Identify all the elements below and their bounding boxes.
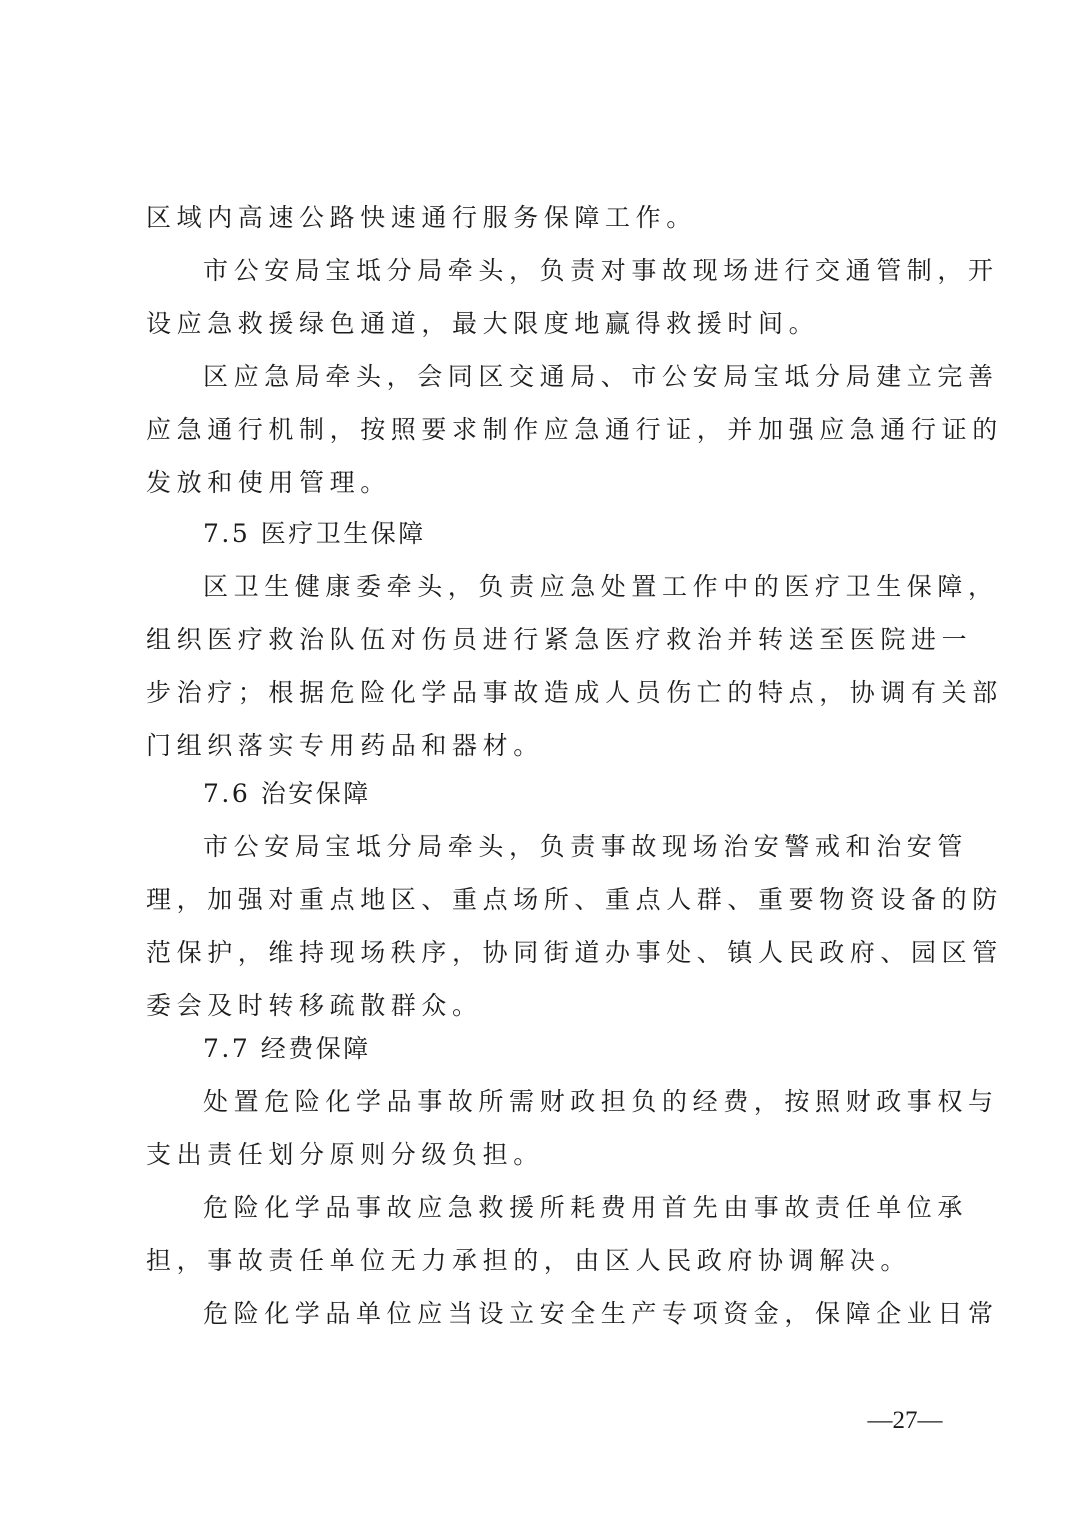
section-heading-7-6: 7.6 治安保障 bbox=[203, 774, 1003, 814]
document-page: 区域内高速公路快速通行服务保障工作。 市公安局宝坻分局牵头，负责对事故现场进行交… bbox=[0, 0, 1074, 1520]
paragraph-first-line: 区应急局牵头，会同区交通局、市公安局宝坻分局建立完善 bbox=[203, 357, 1003, 397]
paragraph-first-line: 处置危险化学品事故所需财政担负的经费，按照财政事权与 bbox=[203, 1082, 1003, 1122]
text-line: 步治疗；根据危险化学品事故造成人员伤亡的特点，协调有关部 bbox=[146, 673, 946, 713]
text-line: 范保护，维持现场秩序，协同街道办事处、镇人民政府、园区管 bbox=[146, 933, 946, 973]
text-line: 区域内高速公路快速通行服务保障工作。 bbox=[146, 198, 946, 238]
text-line: 应急通行机制，按照要求制作应急通行证，并加强应急通行证的 bbox=[146, 410, 946, 450]
section-heading-7-7: 7.7 经费保障 bbox=[203, 1029, 1003, 1069]
text-line: 设应急救援绿色通道，最大限度地赢得救援时间。 bbox=[146, 304, 946, 344]
paragraph-first-line: 危险化学品单位应当设立安全生产专项资金，保障企业日常 bbox=[203, 1294, 1003, 1334]
text-line: 理，加强对重点地区、重点场所、重点人群、重要物资设备的防 bbox=[146, 880, 946, 920]
text-line: 担，事故责任单位无力承担的，由区人民政府协调解决。 bbox=[146, 1241, 946, 1281]
paragraph-first-line: 危险化学品事故应急救援所耗费用首先由事故责任单位承 bbox=[203, 1188, 1003, 1228]
text-line: 发放和使用管理。 bbox=[146, 463, 946, 503]
paragraph-first-line: 市公安局宝坻分局牵头，负责事故现场治安警戒和治安管 bbox=[203, 827, 1003, 867]
text-line: 支出责任划分原则分级负担。 bbox=[146, 1135, 946, 1175]
text-line: 组织医疗救治队伍对伤员进行紧急医疗救治并转送至医院进一 bbox=[146, 620, 946, 660]
paragraph-first-line: 区卫生健康委牵头，负责应急处置工作中的医疗卫生保障， bbox=[203, 567, 1003, 607]
section-heading-7-5: 7.5 医疗卫生保障 bbox=[203, 514, 1003, 554]
text-line: 委会及时转移疏散群众。 bbox=[146, 986, 946, 1026]
paragraph-first-line: 市公安局宝坻分局牵头，负责对事故现场进行交通管制，开 bbox=[203, 251, 1003, 291]
text-line: 门组织落实专用药品和器材。 bbox=[146, 726, 946, 766]
page-number: —27— bbox=[860, 1403, 950, 1439]
